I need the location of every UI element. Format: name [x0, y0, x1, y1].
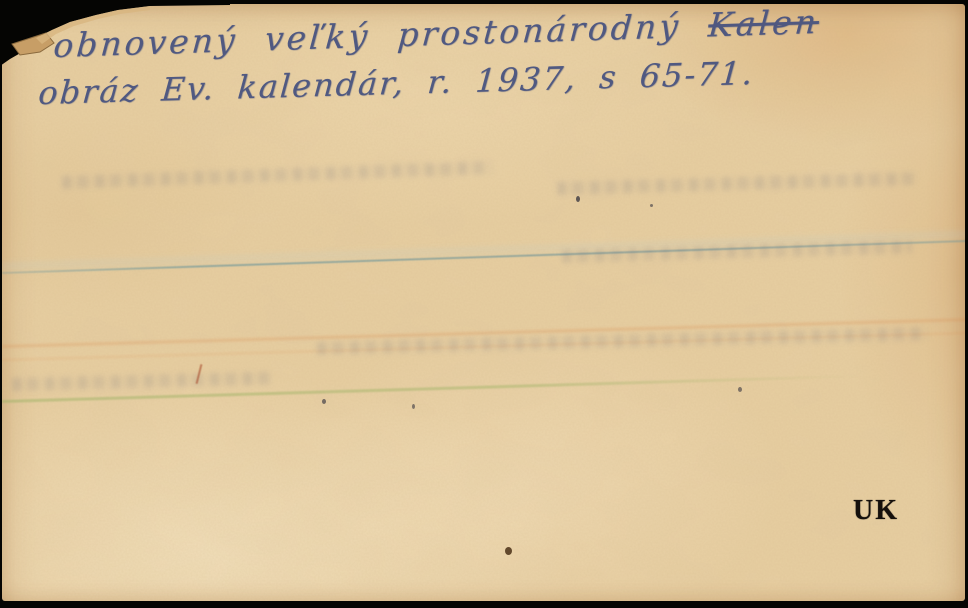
bleedthrough-smudge: [562, 240, 912, 263]
ink-speck: [412, 404, 415, 409]
catalog-card: obnovený veľký prostonárodný Kalen obráz…: [2, 4, 965, 601]
scan-backdrop: obnovený veľký prostonárodný Kalen obráz…: [0, 0, 968, 608]
handwritten-struck-word: Kalen: [707, 4, 820, 45]
dirt-speck: [505, 547, 512, 555]
bleedthrough-smudge: [62, 161, 492, 189]
ink-speck: [650, 204, 653, 207]
bleedthrough-smudge: [557, 172, 917, 195]
library-stamp-uk: UK: [853, 495, 899, 527]
handwritten-text: obnovený veľký prostonárodný: [52, 6, 682, 65]
ink-speck: [576, 196, 580, 202]
red-fiber: [196, 364, 203, 384]
bleedthrough-smudge: [12, 372, 272, 391]
orange-streak: [2, 318, 965, 348]
bleedthrough-smudge: [317, 327, 927, 355]
handwritten-line-2: obráz Ev. kalendár, r. 1937, s 65-71.: [37, 54, 756, 112]
ink-speck: [738, 387, 742, 392]
ink-speck: [322, 399, 326, 404]
pencil-line-blue-halo: [2, 230, 965, 271]
orange-streak: [2, 332, 965, 361]
pencil-line-blue: [2, 240, 965, 274]
pencil-line-green: [2, 374, 862, 403]
